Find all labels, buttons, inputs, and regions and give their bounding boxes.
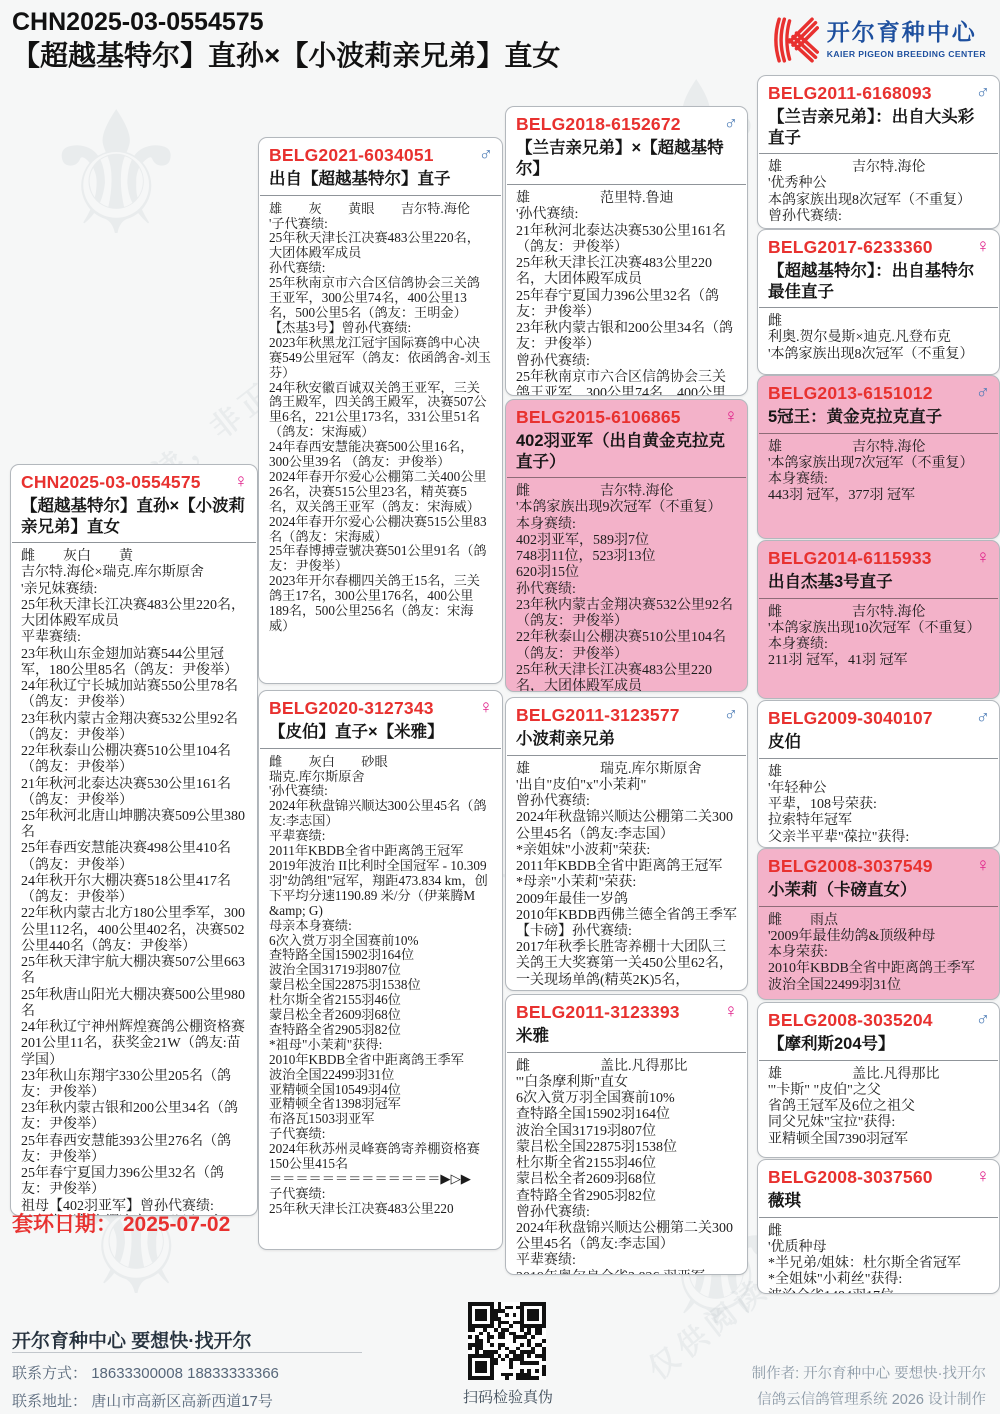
box-body: 雌 灰白 黄 吉尔特.海伦×瑞克.库尔斯原舍 '亲兄妹赛绩: 25年秋天津长江决… xyxy=(12,542,256,1216)
pedigree-box-mother: BELG2020-3127343 ♀ 【皮伯】直子×【米雅】 雌 灰白 砂眼 瑞… xyxy=(258,690,503,1250)
sex-symbol-icon: ♀ xyxy=(976,855,990,877)
pedigree-box-ggp-6: BELG2008-3037549 ♀ 小茉莉（卡磅直女） 雌 雨点 '2009年… xyxy=(757,848,1000,1000)
box-body: 雄 吉尔特.海伦 '本鸽家族出现7次冠军（不重复） 本身赛绩: 443羽 冠军，… xyxy=(759,433,998,513)
box-title: 402羽亚军（出自黄金克拉克直子） xyxy=(516,431,737,472)
qr-code xyxy=(468,1302,546,1380)
footer-address: 联系地址： 唐山市高新区高新西道17号 xyxy=(12,1390,273,1411)
box-body: 雄 盖比.凡得那比 '"卡斯" "皮伯"之父 省鸽王冠军及6位之祖父 同父兄妹"… xyxy=(759,1060,998,1156)
footer-contact: 联系方式： 18633300008 18833333366 xyxy=(12,1362,279,1383)
box-title: 薇琪 xyxy=(768,1191,989,1212)
box-body: 雄 范里特.鲁迪 '孙代赛绩: 21年秋河北泰达决赛530公里161名（鸽友：尹… xyxy=(507,184,746,396)
box-body: 雌 吉尔特.海伦 '本鸽家族出现9次冠军（不重复） 本身赛绩: 402羽亚军，5… xyxy=(507,477,746,692)
ring-date: 套环日期： 2025-07-02 xyxy=(12,1208,230,1238)
ring-number: BELG2020-3127343 xyxy=(269,698,492,719)
ring-number: BELG2017-6233360 xyxy=(768,237,989,258)
pedigree-box-grandparent-mf: BELG2011-3123577 ♂ 小波莉亲兄弟 雄 瑞克.库尔斯原舍 '出自… xyxy=(505,697,748,991)
footer-slogan: 开尔育种中心 要想快·找开尔 xyxy=(12,1326,252,1353)
sex-symbol-icon: ♂ xyxy=(976,82,990,104)
address-value: 唐山市高新区高新西道17号 xyxy=(91,1393,273,1410)
ring-number: BELG2011-3123577 xyxy=(516,705,737,726)
ring-number: BELG2013-6151012 xyxy=(768,383,989,404)
pedigree-box-ggp-5: BELG2009-3040107 ♂ 皮伯 雄 '年轻种公 平辈，108号荣获:… xyxy=(757,700,1000,848)
box-body: 雌 吉尔特.海伦 '本鸽家族出现10次冠军（不重复） 本身赛绩: 211羽 冠军… xyxy=(759,598,998,678)
sex-symbol-icon: ♂ xyxy=(724,113,738,135)
box-body: 雌 利奥.贺尔曼斯×迪克.凡登布克 '本鸽家族出现8次冠军（不重复） xyxy=(759,307,998,371)
contact-value: 18633300008 18833333366 xyxy=(91,1365,279,1382)
address-label: 联系地址： xyxy=(12,1393,87,1410)
ring-number: BELG2015-6106865 xyxy=(516,407,737,428)
ring-number: BELG2008-3037560 xyxy=(768,1167,989,1188)
box-title: 5冠王：黄金克拉克直子 xyxy=(768,407,989,428)
ring-date-value: 2025-07-02 xyxy=(123,1213,230,1236)
box-title: 【兰吉亲兄弟】：出自大头彩直子 xyxy=(768,107,989,148)
sex-symbol-icon: ♀ xyxy=(479,697,493,719)
ring-number: BELG2008-3037549 xyxy=(768,856,989,877)
box-title: 米雅 xyxy=(516,1026,737,1047)
box-title: 出自杰基3号直子 xyxy=(768,572,989,593)
contact-label: 联系方式： xyxy=(12,1365,87,1382)
box-title: 出自【超越基特尔】直子 xyxy=(269,169,492,190)
box-body: 雌 '优质种母 *半兄弟/姐妹：杜尔斯全省冠军 *全姐妹"小莉丝"获得: 波治全… xyxy=(759,1217,998,1294)
page-ring-number: CHN2025-03-0554575 xyxy=(12,8,264,37)
pedigree-box-ggp-7: BELG2008-3035204 ♂ 【摩利斯204号】 雄 盖比.凡得那比 '… xyxy=(757,1002,1000,1158)
pedigree-box-grandparent-fm: BELG2015-6106865 ♀ 402羽亚军（出自黄金克拉克直子） 雌 吉… xyxy=(505,399,748,692)
brand-logo: 开尔育种中心 KAIER PIGEON BREEDING CENTER xyxy=(767,14,986,66)
sex-symbol-icon: ♂ xyxy=(479,144,493,166)
kaier-logo-icon xyxy=(767,14,819,66)
footer-maker-line1: 制作者: 开尔育种中心 要想快·找开尔 xyxy=(752,1362,986,1383)
box-body: 雄 吉尔特.海伦 '优秀种公 本鸽家族出现8次冠军（不重复） 曾孙代赛绩: xyxy=(759,153,998,229)
pedigree-box-subject: CHN2025-03-0554575 ♀ 【超越基特尔】直孙×【小波莉亲兄弟】直… xyxy=(10,464,258,1216)
sex-symbol-icon: ♂ xyxy=(976,382,990,404)
box-title: 【超越基特尔】直孙×【小波莉亲兄弟】直女 xyxy=(21,496,247,537)
ring-number: BELG2014-6115933 xyxy=(768,548,989,569)
pedigree-box-ggp-1: BELG2011-6168093 ♂ 【兰吉亲兄弟】：出自大头彩直子 雄 吉尔特… xyxy=(757,75,1000,229)
pedigree-box-ggp-8: BELG2008-3037560 ♀ 薇琪 雌 '优质种母 *半兄弟/姐妹：杜尔… xyxy=(757,1159,1000,1294)
box-body: 雄 '年轻种公 平辈，108号荣获: 拉索特年冠军 父亲半平辈"葆拉"获得: xyxy=(759,758,998,848)
ring-number: BELG2009-3040107 xyxy=(768,708,989,729)
pedigree-box-grandparent-mm: BELG2011-3123393 ♀ 米雅 雌 盖比.凡得那比 '"白条摩利斯"… xyxy=(505,994,748,1275)
sex-symbol-icon: ♀ xyxy=(724,406,738,428)
sex-symbol-icon: ♂ xyxy=(724,704,738,726)
box-title: 【皮伯】直子×【米雅】 xyxy=(269,722,492,743)
sex-symbol-icon: ♀ xyxy=(234,471,248,493)
box-body: 雄 瑞克.库尔斯原舍 '出自"皮伯"x"小茉莉" 曾孙代赛绩: 2024年秋盘锦… xyxy=(507,755,746,991)
pedigree-page: ⚜ ⚜ ⚜ ⚜ 仅供阅读，非正式 开尔育种中心 仅供阅读，非正式 CHN2025… xyxy=(0,0,1000,1414)
box-body: 雌 雨点 '2009年最佳幼鸽&顶级种母 本身荣获: 2010年KBDB全省中距… xyxy=(759,906,998,1000)
pedigree-box-grandparent-ff: BELG2018-6152672 ♂ 【兰吉亲兄弟】×【超越基特尔】 雄 范里特… xyxy=(505,106,748,396)
page-title: 【超越基特尔】直孙×【小波莉亲兄弟】直女 xyxy=(12,38,782,73)
box-body: 雌 灰白 砂眼 瑞克.库尔斯原舍 '孙代赛绩: 2024年秋盘锦兴顺达300公里… xyxy=(260,748,501,1225)
brand-name-en: KAIER PIGEON BREEDING CENTER xyxy=(827,49,986,59)
box-title: 【超越基特尔】：出自基特尔最佳直子 xyxy=(768,261,989,302)
pedigree-box-ggp-4: BELG2014-6115933 ♀ 出自杰基3号直子 雌 吉尔特.海伦 '本鸽… xyxy=(757,540,1000,699)
sex-symbol-icon: ♀ xyxy=(976,1166,990,1188)
sex-symbol-icon: ♂ xyxy=(976,1009,990,1031)
brand-name-cn: 开尔育种中心 xyxy=(827,14,986,47)
ring-date-label: 套环日期： xyxy=(12,1213,117,1236)
box-title: 小茉莉（卡磅直女） xyxy=(768,880,989,901)
fleur-watermark: ⚜ xyxy=(40,90,192,260)
box-body: 雄 灰 黄眼 吉尔特.海伦 '子代赛绩: 25年秋天津长江决赛483公里220名… xyxy=(260,195,501,642)
sex-symbol-icon: ♀ xyxy=(976,547,990,569)
sex-symbol-icon: ♀ xyxy=(724,1001,738,1023)
ring-number: BELG2021-6034051 xyxy=(269,145,492,166)
pedigree-box-father: BELG2021-6034051 ♂ 出自【超越基特尔】直子 雄 灰 黄眼 吉尔… xyxy=(258,137,503,684)
ring-number: BELG2008-3035204 xyxy=(768,1010,989,1031)
ring-number: CHN2025-03-0554575 xyxy=(21,472,247,493)
box-title: 【摩利斯204号】 xyxy=(768,1034,989,1055)
ring-number: BELG2011-6168093 xyxy=(768,83,989,104)
box-title: 小波莉亲兄弟 xyxy=(516,729,737,750)
sex-symbol-icon: ♀ xyxy=(976,236,990,258)
box-title: 【兰吉亲兄弟】×【超越基特尔】 xyxy=(516,138,737,179)
sex-symbol-icon: ♂ xyxy=(976,707,990,729)
box-title: 皮伯 xyxy=(768,732,989,753)
ring-number: BELG2018-6152672 xyxy=(516,114,737,135)
pedigree-box-ggp-3: BELG2013-6151012 ♂ 5冠王：黄金克拉克直子 雄 吉尔特.海伦 … xyxy=(757,375,1000,539)
footer-divider xyxy=(12,1352,362,1353)
qr-caption: 扫码检验真伪 xyxy=(438,1386,578,1407)
box-body: 雌 盖比.凡得那比 '"白条摩利斯"直女 6次入赏万羽全国赛前10% 查特路全国… xyxy=(507,1052,746,1275)
pedigree-box-ggp-2: BELG2017-6233360 ♀ 【超越基特尔】：出自基特尔最佳直子 雌 利… xyxy=(757,229,1000,375)
footer-maker-line2: 信鸽云信鸽管理系统 2026 设计制作 xyxy=(757,1388,986,1409)
ring-number: BELG2011-3123393 xyxy=(516,1002,737,1023)
